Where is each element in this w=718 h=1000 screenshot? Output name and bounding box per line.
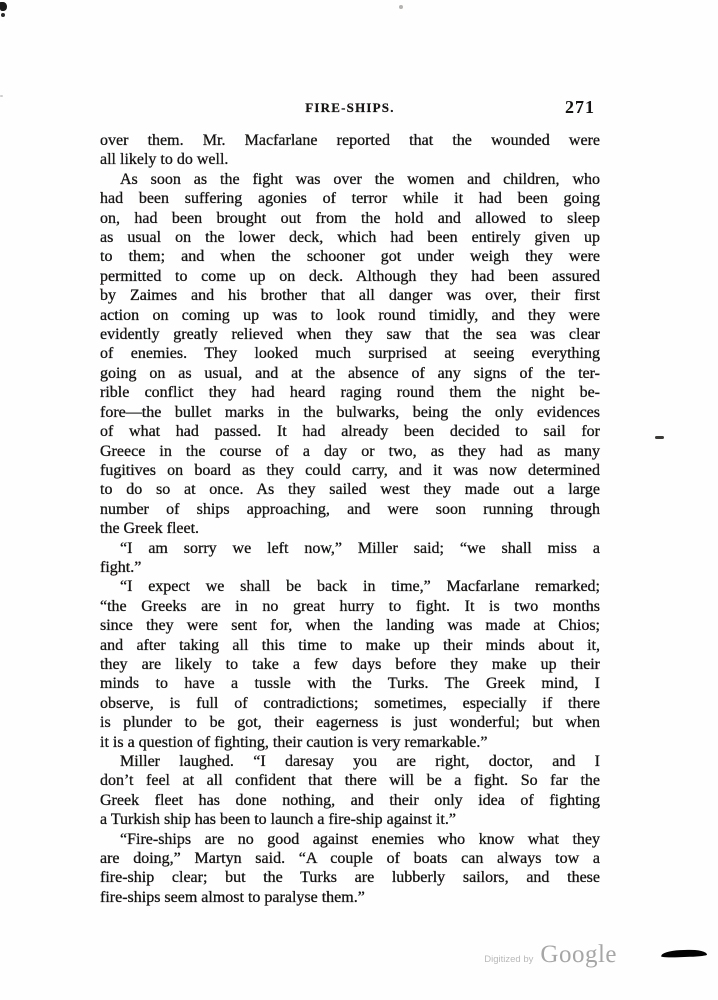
paragraph: “I am sorry we left now,” Miller said; “… bbox=[100, 539, 600, 578]
text-line: Greece in the course of a day or two, as… bbox=[100, 442, 600, 461]
text-line: a Turkish ship has been to launch a fire… bbox=[100, 810, 600, 829]
page-title: FIRE-SHIPS. bbox=[100, 100, 600, 116]
text-line: As soon as the fight was over the women … bbox=[100, 170, 600, 189]
text-line: to do so at once. As they sailed west th… bbox=[100, 480, 600, 499]
text-line: “the Greeks are in no great hurry to fig… bbox=[100, 597, 600, 616]
text-line: rible conflict they had heard raging rou… bbox=[100, 383, 600, 402]
scan-artifact-bottom-smudge bbox=[661, 949, 707, 958]
text-line: fore—the bullet marks in the bulwarks, b… bbox=[100, 403, 600, 422]
text-line: had been suffering agonies of terror whi… bbox=[100, 189, 600, 208]
page-number: 271 bbox=[565, 97, 595, 118]
text-line: to them; and when the schooner got under… bbox=[100, 247, 600, 266]
scan-artifact-margin-dash bbox=[655, 436, 664, 439]
text-line: evidently greatly relieved when they saw… bbox=[100, 325, 600, 344]
scan-artifact-corner-dot bbox=[1, 13, 5, 17]
text-line: as usual on the lower deck, which had be… bbox=[100, 228, 600, 247]
google-logo: Google bbox=[540, 941, 617, 969]
text-line: fire-ship clear; but the Turks are lubbe… bbox=[100, 868, 600, 887]
running-header: FIRE-SHIPS. 271 bbox=[100, 97, 600, 119]
text-line: don’t feel at all confident that there w… bbox=[100, 771, 600, 790]
paragraph: over them. Mr. Macfarlane reported that … bbox=[100, 131, 600, 170]
google-watermark: Digitized by Google bbox=[484, 941, 617, 969]
paragraph: Miller laughed. “I daresay you are right… bbox=[100, 752, 600, 830]
text-line: action on coming up was to look round ti… bbox=[100, 306, 600, 325]
text-line: all likely to do well. bbox=[100, 150, 600, 169]
paragraph: As soon as the fight was over the women … bbox=[100, 170, 600, 539]
text-line: it is a question of fighting, their caut… bbox=[100, 733, 600, 752]
text-line: by Zaimes and his brother that all dange… bbox=[100, 286, 600, 305]
text-line: “I am sorry we left now,” Miller said; “… bbox=[100, 539, 600, 558]
text-line: number of ships approaching, and were so… bbox=[100, 500, 600, 519]
text-line: they are likely to take a few days befor… bbox=[100, 655, 600, 674]
text-line: since they were sent for, when the landi… bbox=[100, 616, 600, 635]
text-line: “I expect we shall be back in time,” Mac… bbox=[100, 577, 600, 596]
text-line: fight.” bbox=[100, 558, 600, 577]
text-line: minds to have a tussle with the Turks. T… bbox=[100, 674, 600, 693]
text-line: of what had passed. It had already been … bbox=[100, 422, 600, 441]
text-line: of enemies. They looked much surprised a… bbox=[100, 344, 600, 363]
text-line: over them. Mr. Macfarlane reported that … bbox=[100, 131, 600, 150]
text-line: is plunder to be got, their eagerness is… bbox=[100, 713, 600, 732]
scan-artifact-left-speck bbox=[0, 95, 3, 97]
text-line: Miller laughed. “I daresay you are right… bbox=[100, 752, 600, 771]
digitized-by-label: Digitized by bbox=[484, 954, 533, 965]
text-line: fire-ships seem almost to paralyse them.… bbox=[100, 888, 600, 907]
text-line: fugitives on board as they could carry, … bbox=[100, 461, 600, 480]
scan-artifact-top-dot bbox=[399, 5, 403, 9]
text-line: “Fire-ships are no good against enemies … bbox=[100, 830, 600, 849]
text-line: the Greek fleet. bbox=[100, 519, 600, 538]
paragraph: “Fire-ships are no good against enemies … bbox=[100, 830, 600, 908]
book-page: FIRE-SHIPS. 271 over them. Mr. Macfarlan… bbox=[0, 0, 718, 1000]
paragraph: “I expect we shall be back in time,” Mac… bbox=[100, 577, 600, 752]
text-block: over them. Mr. Macfarlane reported that … bbox=[100, 131, 600, 907]
text-line: permitted to come up on deck. Although t… bbox=[100, 267, 600, 286]
text-line: Greek fleet has done nothing, and their … bbox=[100, 791, 600, 810]
text-line: and after taking all this time to make u… bbox=[100, 636, 600, 655]
text-line: are doing,” Martyn said. “A couple of bo… bbox=[100, 849, 600, 868]
text-line: going on as usual, and at the absence of… bbox=[100, 364, 600, 383]
text-line: on, had been brought out from the hold a… bbox=[100, 209, 600, 228]
scan-artifact-corner-blob bbox=[0, 2, 7, 11]
text-line: observe, is full of contradictions; some… bbox=[100, 694, 600, 713]
